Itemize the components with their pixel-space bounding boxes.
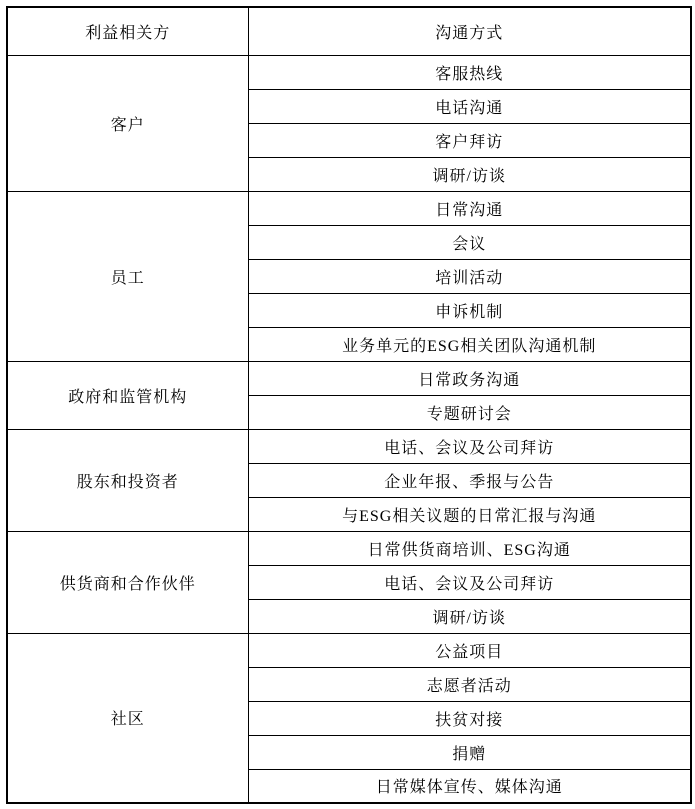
stakeholder-cell: 供货商和合作伙伴 — [7, 531, 248, 633]
table-row: 社区公益项目 — [7, 633, 691, 667]
method-cell: 志愿者活动 — [248, 667, 691, 701]
method-cell: 电话、会议及公司拜访 — [248, 429, 691, 463]
stakeholder-cell: 员工 — [7, 191, 248, 361]
table-row: 员工日常沟通 — [7, 191, 691, 225]
method-cell: 日常供货商培训、ESG沟通 — [248, 531, 691, 565]
method-cell: 电话沟通 — [248, 89, 691, 123]
method-cell: 日常政务沟通 — [248, 361, 691, 395]
stakeholder-cell: 社区 — [7, 633, 248, 803]
method-cell: 调研/访谈 — [248, 599, 691, 633]
table-row: 供货商和合作伙伴日常供货商培训、ESG沟通 — [7, 531, 691, 565]
method-cell: 客服热线 — [248, 55, 691, 89]
stakeholder-cell: 客户 — [7, 55, 248, 191]
table-row: 政府和监管机构日常政务沟通 — [7, 361, 691, 395]
stakeholder-cell: 政府和监管机构 — [7, 361, 248, 429]
table-body: 客户客服热线电话沟通客户拜访调研/访谈员工日常沟通会议培训活动申诉机制业务单元的… — [7, 55, 691, 803]
method-cell: 培训活动 — [248, 259, 691, 293]
method-cell: 调研/访谈 — [248, 157, 691, 191]
method-cell: 扶贫对接 — [248, 701, 691, 735]
method-cell: 日常媒体宣传、媒体沟通 — [248, 769, 691, 803]
method-cell: 与ESG相关议题的日常汇报与沟通 — [248, 497, 691, 531]
document-page: 利益相关方 沟通方式 客户客服热线电话沟通客户拜访调研/访谈员工日常沟通会议培训… — [0, 0, 695, 809]
method-cell: 电话、会议及公司拜访 — [248, 565, 691, 599]
method-cell: 捐赠 — [248, 735, 691, 769]
method-cell: 专题研讨会 — [248, 395, 691, 429]
method-cell: 申诉机制 — [248, 293, 691, 327]
header-communication-method: 沟通方式 — [248, 7, 691, 55]
method-cell: 客户拜访 — [248, 123, 691, 157]
method-cell: 会议 — [248, 225, 691, 259]
table-row: 客户客服热线 — [7, 55, 691, 89]
method-cell: 企业年报、季报与公告 — [248, 463, 691, 497]
header-stakeholder: 利益相关方 — [7, 7, 248, 55]
method-cell: 业务单元的ESG相关团队沟通机制 — [248, 327, 691, 361]
stakeholder-communication-table: 利益相关方 沟通方式 客户客服热线电话沟通客户拜访调研/访谈员工日常沟通会议培训… — [6, 6, 692, 804]
method-cell: 日常沟通 — [248, 191, 691, 225]
table-row: 股东和投资者电话、会议及公司拜访 — [7, 429, 691, 463]
stakeholder-cell: 股东和投资者 — [7, 429, 248, 531]
table-header-row: 利益相关方 沟通方式 — [7, 7, 691, 55]
method-cell: 公益项目 — [248, 633, 691, 667]
